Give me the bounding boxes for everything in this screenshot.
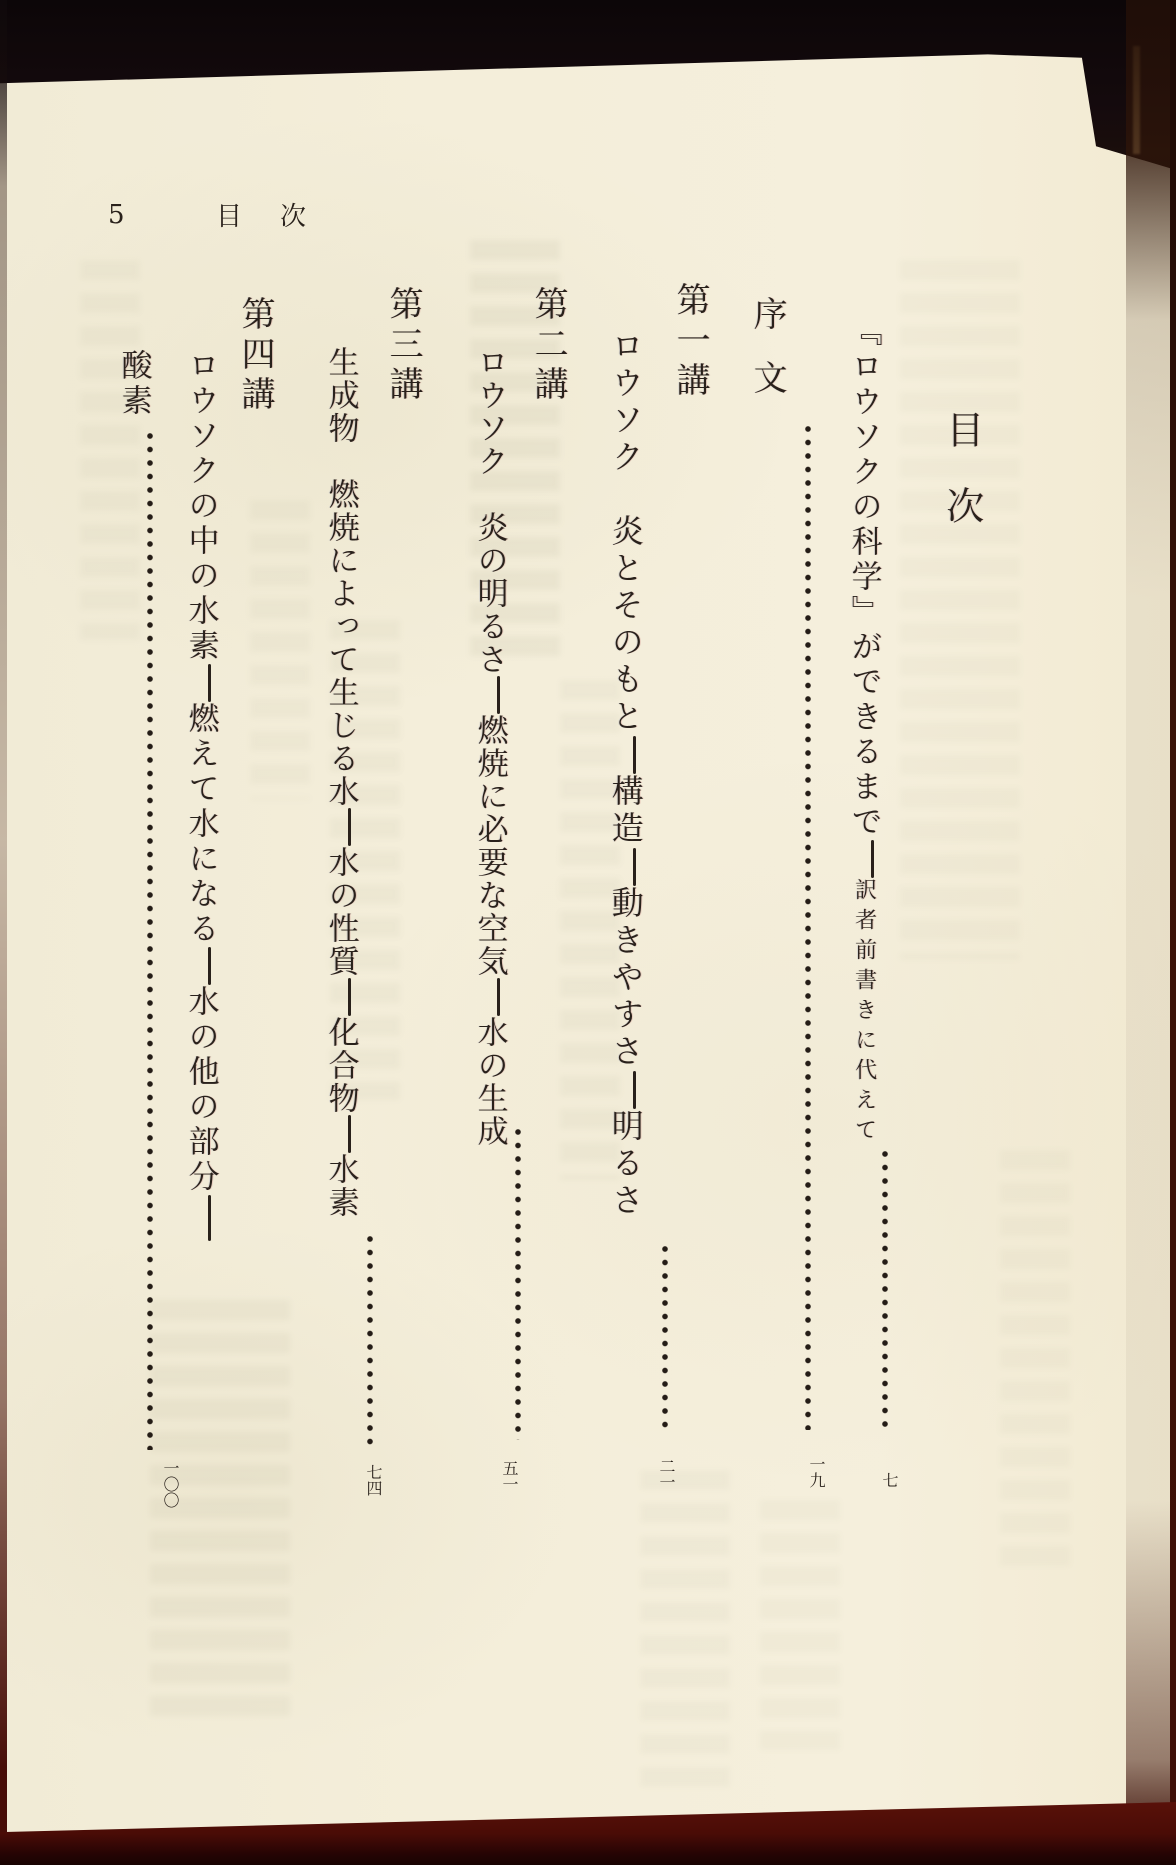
entry-text: ロウソクの中の水素 bbox=[183, 349, 219, 664]
scan-edge-right-line bbox=[1170, 0, 1176, 1865]
toc-entry-lecture1-title: ロウソク 炎とそのもと構造動きやすさ明るさ bbox=[607, 329, 644, 1220]
em-dash bbox=[208, 664, 211, 702]
entry-text: 動きやすさ bbox=[607, 886, 645, 1071]
entry-text: 水素 bbox=[323, 1153, 359, 1219]
em-dash bbox=[633, 1071, 636, 1109]
dot-leader bbox=[805, 425, 811, 1430]
page-number-kanji: 二一 bbox=[658, 1458, 674, 1490]
entry-text: 水の他の部分 bbox=[183, 985, 219, 1195]
em-dash bbox=[497, 978, 500, 1016]
page-number-kanji: 五一 bbox=[501, 1460, 517, 1492]
dot-leader bbox=[882, 1150, 888, 1433]
toc-entry-lecture4-title: ロウソクの中の水素燃えて水になる水の他の部分 bbox=[182, 349, 218, 1241]
toc-entry-jobun: 序文 bbox=[747, 296, 786, 424]
toc-entry-lecture2-chapter: 第二講 bbox=[528, 286, 567, 406]
scan-edge-left bbox=[0, 0, 7, 1865]
entry-text: ロウソク 炎の明るさ bbox=[472, 346, 508, 676]
toc-entry-preface: 『ロウソクの科学』ができるまで訳者前書きに代えて bbox=[845, 315, 881, 1148]
em-dash bbox=[348, 978, 351, 1016]
entry-text: 燃えて水になる bbox=[183, 702, 219, 947]
page-number-kanji: 七四 bbox=[365, 1464, 381, 1496]
book-scan-photo: 5 目 次 目次 『ロウソクの科学』ができるまで訳者前書きに代えて 七 序文 一… bbox=[0, 0, 1176, 1865]
toc-entry-lecture3-chapter: 第三講 bbox=[383, 286, 422, 406]
dot-leader bbox=[662, 1245, 668, 1433]
em-dash bbox=[497, 676, 500, 714]
running-header-page-number: 5 bbox=[108, 200, 125, 230]
entry-text: 明るさ bbox=[607, 1109, 645, 1220]
em-dash bbox=[348, 1115, 351, 1153]
entry-text: 燃焼に必要な空気 bbox=[472, 714, 508, 978]
page-number-kanji: 一九 bbox=[808, 1456, 824, 1488]
em-dash bbox=[633, 736, 636, 774]
entry-title: 『ロウソクの科学』ができるまで bbox=[846, 315, 882, 840]
page-number-kanji: 七 bbox=[881, 1472, 897, 1488]
toc-entry-lecture4-continuation: 酸素 bbox=[115, 349, 151, 419]
entry-text: 構造 bbox=[607, 774, 645, 848]
dot-leader bbox=[147, 432, 153, 1450]
em-dash bbox=[871, 840, 874, 878]
entry-text: ロウソク 炎とそのもと bbox=[607, 329, 645, 736]
entry-text: 化合物 bbox=[323, 1016, 359, 1115]
toc-entry-lecture1-chapter: 第一講 bbox=[670, 282, 709, 402]
toc-title: 目次 bbox=[939, 410, 983, 562]
toc-entry-lecture4-chapter: 第四講 bbox=[235, 296, 274, 416]
em-dash bbox=[208, 947, 211, 985]
entry-text: 水の性質 bbox=[323, 846, 359, 978]
dot-leader bbox=[515, 1128, 521, 1440]
page-number-kanji: 一〇〇 bbox=[162, 1460, 178, 1508]
em-dash bbox=[208, 1195, 211, 1241]
dot-leader bbox=[367, 1235, 373, 1445]
entry-subtitle: 訳者前書きに代えて bbox=[852, 878, 877, 1148]
toc-entry-lecture2-title: ロウソク 炎の明るさ燃焼に必要な空気水の生成 bbox=[471, 346, 507, 1148]
toc-entry-lecture3-title: 生成物 燃焼によって生じる水水の性質化合物水素 bbox=[322, 346, 358, 1219]
scan-edge-right bbox=[1126, 0, 1176, 1865]
running-header-title: 目 次 bbox=[216, 196, 312, 233]
em-dash bbox=[348, 808, 351, 846]
entry-text: 生成物 燃焼によって生じる水 bbox=[323, 346, 359, 808]
book-page bbox=[0, 0, 1176, 1865]
entry-text: 水の生成 bbox=[472, 1016, 508, 1148]
em-dash bbox=[633, 848, 636, 886]
